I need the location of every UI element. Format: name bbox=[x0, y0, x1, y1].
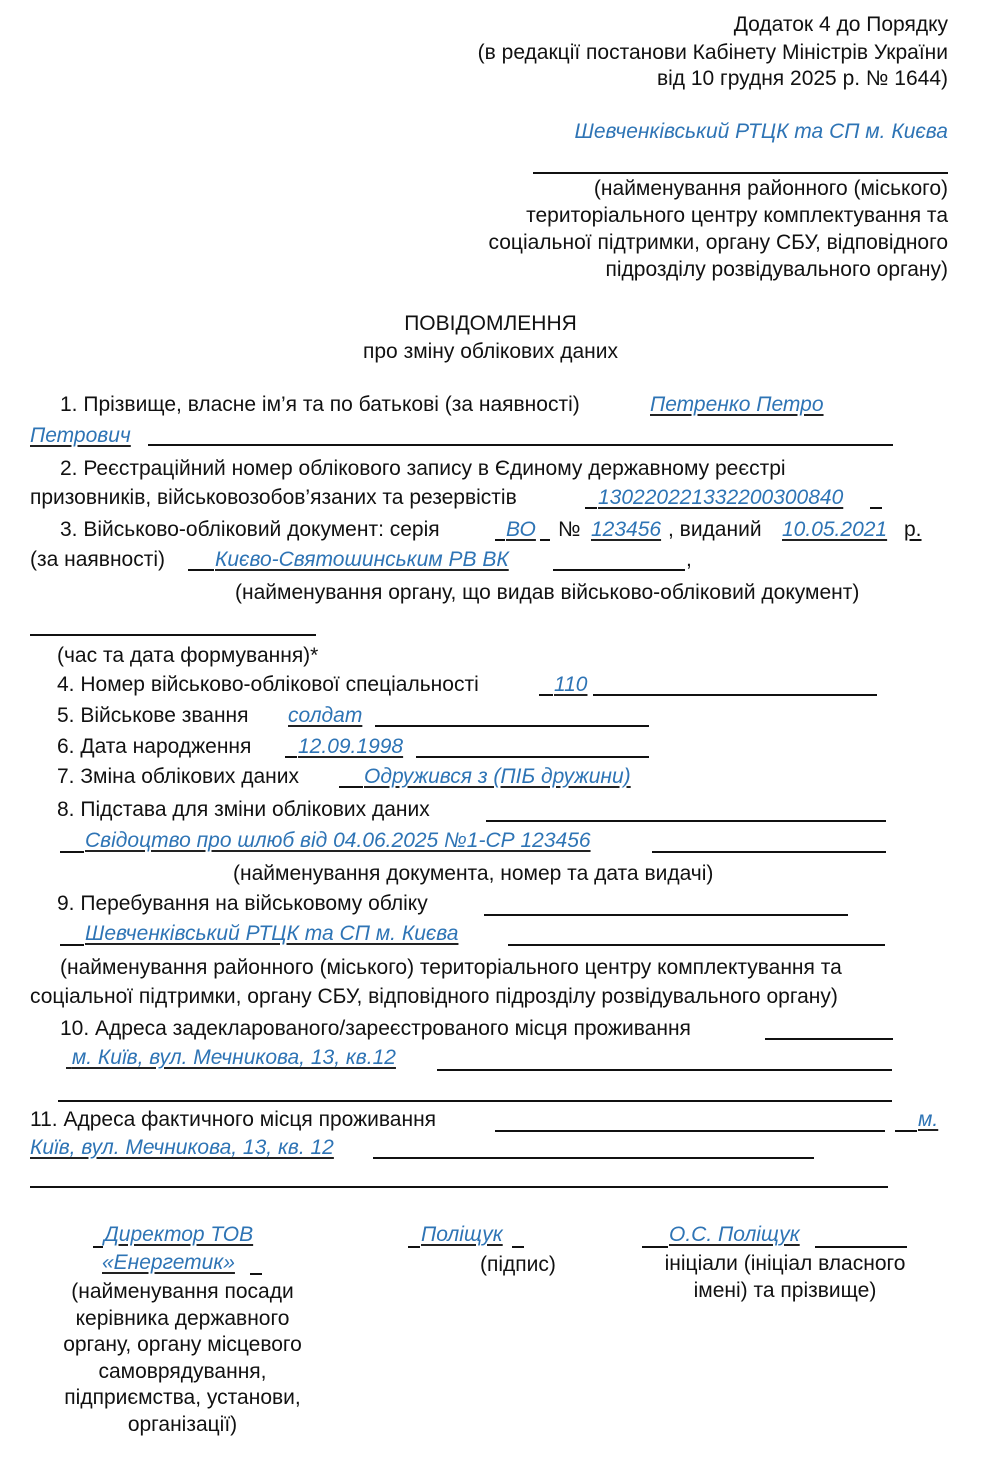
recipient-caption-1: (найменування районного (міського) bbox=[594, 176, 948, 202]
position-caption-line: підприємства, установи, bbox=[30, 1385, 335, 1412]
field-4-line bbox=[593, 694, 877, 696]
recipient-caption-3: соціальної підтримки, органу СБУ, відпов… bbox=[489, 230, 948, 256]
field-3-comma: , bbox=[686, 547, 692, 573]
field-8-line-1 bbox=[486, 820, 886, 822]
initials-caption-1: ініціали (ініціал власного bbox=[640, 1251, 930, 1277]
initials-suffix bbox=[815, 1246, 907, 1248]
field-4-label: 4. Номер військово-облікової спеціальнос… bbox=[57, 672, 479, 698]
field-10-line-2 bbox=[437, 1069, 892, 1071]
initials-caption-2: імені) та прізвище) bbox=[640, 1278, 930, 1304]
field-6-line bbox=[416, 756, 649, 758]
position-suffix bbox=[250, 1273, 262, 1275]
field-2-value[interactable]: 130220221332200300840 bbox=[598, 485, 843, 511]
signature-position-1[interactable]: Директор ТОВ bbox=[104, 1222, 253, 1248]
signature-value[interactable]: Поліщук bbox=[421, 1222, 503, 1248]
field-3-series-suffix bbox=[540, 539, 550, 541]
field-11-label: 11. Адреса фактичного місця проживання bbox=[30, 1107, 436, 1133]
field-9-caption-2: соціальної підтримки, органу СБУ, відпов… bbox=[30, 984, 838, 1010]
field-2-label-2: призовників, військовозобов’язаних та ре… bbox=[30, 485, 517, 511]
field-3-optional-label: (за наявності) bbox=[30, 547, 165, 573]
signature-suffix bbox=[512, 1246, 524, 1248]
field-8-line-2 bbox=[652, 851, 886, 853]
signature-caption: (підпис) bbox=[480, 1252, 556, 1278]
field-11-prefix bbox=[895, 1130, 917, 1132]
recipient-caption-2: територіального центру комплектування та bbox=[526, 203, 948, 229]
field-1-value-1[interactable]: Петренко Петро bbox=[650, 392, 824, 418]
field-10-value-text: м. Київ, вул. Мечникова, 13, кв.12 bbox=[72, 1046, 396, 1069]
field-11-line-1 bbox=[495, 1130, 885, 1132]
field-5-label: 5. Військове звання bbox=[57, 703, 249, 729]
field-5-line bbox=[375, 725, 649, 727]
field-3-issuer-caption: (найменування органу, що видав військово… bbox=[235, 580, 859, 606]
field-6-value[interactable]: 12.09.1998 bbox=[298, 734, 403, 760]
annex-line-3: від 10 грудня 2025 р. № 1644) bbox=[657, 66, 948, 92]
annex-line-1: Додаток 4 до Порядку bbox=[734, 12, 948, 38]
field-1-label: 1. Прізвище, власне ім’я та по батькові … bbox=[60, 392, 580, 418]
field-3-issuer-suffix bbox=[553, 569, 685, 571]
signature-position-2[interactable]: «Енергетик» bbox=[102, 1250, 235, 1276]
field-11-value-1[interactable]: м. bbox=[918, 1107, 938, 1133]
field-3-issuer[interactable]: Києво-Святошинським РВ ВК bbox=[215, 547, 509, 573]
field-4-prefix bbox=[539, 694, 553, 696]
field-7-prefix bbox=[339, 786, 363, 788]
recipient-line bbox=[533, 172, 948, 174]
field-7-value[interactable]: Одружився з (ПІБ дружини) bbox=[364, 764, 631, 790]
field-3-issuer-prefix bbox=[188, 569, 214, 571]
initials-value[interactable]: О.С. Поліщук bbox=[669, 1222, 800, 1248]
field-3-time-line bbox=[30, 634, 316, 636]
annex-line-2: (в редакції постанови Кабінету Міністрів… bbox=[478, 40, 948, 66]
field-8-label: 8. Підстава для зміни облікових даних bbox=[57, 797, 430, 823]
field-5-value[interactable]: солдат bbox=[288, 703, 362, 729]
position-caption-line: керівника державного bbox=[30, 1306, 335, 1333]
field-1-value-2[interactable]: Петрович bbox=[30, 423, 131, 449]
field-7-label: 7. Зміна облікових даних bbox=[57, 764, 299, 790]
field-6-prefix bbox=[285, 756, 297, 758]
field-10-label: 10. Адреса задекларованого/зареєстровано… bbox=[60, 1016, 691, 1042]
field-11-value-2[interactable]: Київ, вул. Мечникова, 13, кв. 12 bbox=[30, 1135, 334, 1161]
field-9-value[interactable]: Шевченківський РТЦК та СП м. Києва bbox=[85, 921, 458, 947]
field-4-value[interactable]: 110 bbox=[554, 672, 587, 698]
field-3-number[interactable]: 123456 bbox=[591, 517, 661, 543]
field-9-prefix bbox=[60, 944, 84, 946]
field-11-line-3 bbox=[30, 1186, 888, 1188]
field-9-line-1 bbox=[484, 914, 848, 916]
position-caption-line: (найменування посади bbox=[30, 1279, 335, 1306]
field-3-number-label: № bbox=[558, 517, 581, 543]
field-8-caption: (найменування документа, номер та дата в… bbox=[233, 861, 713, 887]
field-10-line-3 bbox=[58, 1100, 892, 1102]
recipient-value[interactable]: Шевченківський РТЦК та СП м. Києва bbox=[575, 119, 948, 145]
field-2-prefix-line bbox=[585, 507, 597, 509]
position-caption-line: організації) bbox=[30, 1412, 335, 1439]
signature-prefix bbox=[408, 1246, 420, 1248]
field-1-line bbox=[148, 444, 893, 446]
field-10-line-1 bbox=[765, 1038, 893, 1040]
document-title: ПОВІДОМЛЕННЯ bbox=[0, 311, 981, 337]
position-caption-line: органу, органу місцевого bbox=[30, 1332, 335, 1359]
field-2-suffix-line bbox=[870, 507, 882, 509]
position-prefix bbox=[93, 1246, 103, 1248]
field-9-line-2 bbox=[508, 944, 885, 946]
field-9-label: 9. Перебування на військовому обліку bbox=[57, 891, 428, 917]
field-3-series-prefix bbox=[495, 539, 505, 541]
field-3-series[interactable]: ВО bbox=[506, 517, 536, 543]
field-6-label: 6. Дата народження bbox=[57, 734, 251, 760]
field-8-prefix bbox=[60, 851, 84, 853]
field-2-label-1: 2. Реєстраційний номер облікового запису… bbox=[60, 456, 786, 482]
document-subtitle: про зміну облікових даних bbox=[0, 339, 981, 365]
field-3-label: 3. Військово-обліковий документ: серія bbox=[60, 517, 440, 543]
field-3-date[interactable]: 10.05.2021 bbox=[782, 517, 887, 543]
field-3-year-suffix: р. bbox=[904, 517, 922, 543]
recipient-caption-4: підрозділу розвідувального органу) bbox=[605, 257, 948, 283]
position-caption-line: самоврядування, bbox=[30, 1359, 335, 1386]
field-9-caption-1: (найменування районного (міського) терит… bbox=[60, 955, 842, 981]
field-8-value[interactable]: Свідоцтво про шлюб від 04.06.2025 №1-СР … bbox=[85, 828, 591, 854]
initials-prefix bbox=[642, 1246, 668, 1248]
field-11-line-2 bbox=[373, 1157, 814, 1159]
field-3-time-caption: (час та дата формування)* bbox=[57, 643, 318, 669]
field-3-issued-label: , виданий bbox=[668, 517, 762, 543]
signature-position-caption: (найменування посади керівника державног… bbox=[30, 1279, 335, 1438]
field-10-value[interactable]: м. Київ, вул. Мечникова, 13, кв.12 bbox=[66, 1045, 396, 1071]
